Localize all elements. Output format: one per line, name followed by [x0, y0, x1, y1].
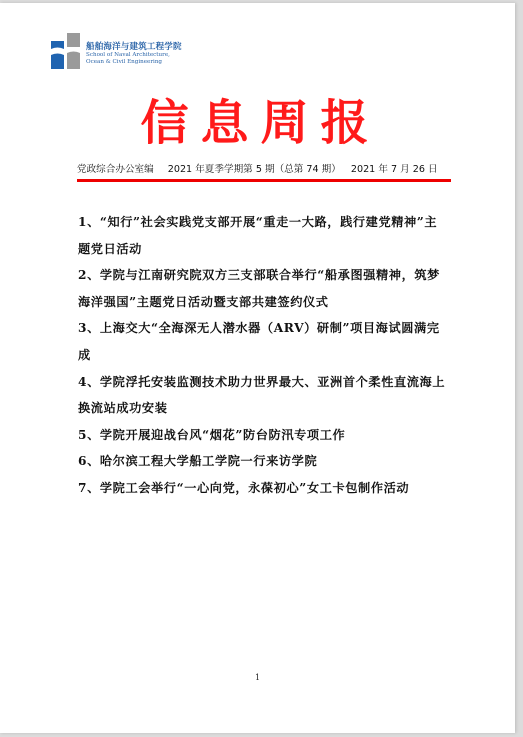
school-name-english-line2: Ocean & Civil Engineering	[86, 59, 170, 66]
headline-item: 1、“知行”社会实践党支部开展“重走一大路，践行建党精神”主题党日活动	[78, 209, 448, 262]
headline-list: 1、“知行”社会实践党支部开展“重走一大路，践行建党精神”主题党日活动 2、学院…	[78, 209, 448, 502]
newsletter-title: 信息周报	[0, 97, 515, 149]
masthead-issue: 2021 年夏季学期第 5 期（总第 74 期）	[168, 164, 341, 176]
headline-item: 3、上海交大“全海深无人潜水器（ARV）研制”项目海试圆满完成	[78, 315, 448, 368]
headline-item: 5、学院开展迎战台风“烟花”防台防汛专项工作	[78, 422, 448, 449]
page-number: 1	[0, 673, 515, 682]
masthead-red-rule	[77, 179, 451, 182]
school-name-english-line1: School of Naval Architecture,	[86, 52, 170, 59]
headline-item: 6、哈尔滨工程大学船工学院一行来访学院	[78, 448, 448, 475]
masthead-info: 党政综合办公室编2021 年夏季学期第 5 期（总第 74 期）2021 年 7…	[77, 164, 451, 176]
masthead-editor: 党政综合办公室编	[77, 164, 154, 176]
headline-item: 2、学院与江南研究院双方三支部联合举行“船承图强精神，筑梦海洋强国”主题党日活动…	[78, 262, 448, 315]
headline-item: 4、学院浮托安装监测技术助力世界最大、亚洲首个柔性直流海上换流站成功安装	[78, 369, 448, 422]
school-logo: 船舶海洋与建筑工程学院 School of Naval Architecture…	[49, 33, 179, 69]
masthead-date: 2021 年 7 月 26 日	[351, 164, 438, 176]
headline-item: 7、学院工会举行“一心向党，永葆初心”女工卡包制作活动	[78, 475, 448, 502]
document-page: 船舶海洋与建筑工程学院 School of Naval Architecture…	[0, 3, 515, 733]
school-name-chinese: 船舶海洋与建筑工程学院	[86, 40, 182, 52]
school-name-english: School of Naval Architecture, Ocean & Ci…	[86, 52, 170, 65]
school-emblem-icon	[49, 33, 83, 69]
